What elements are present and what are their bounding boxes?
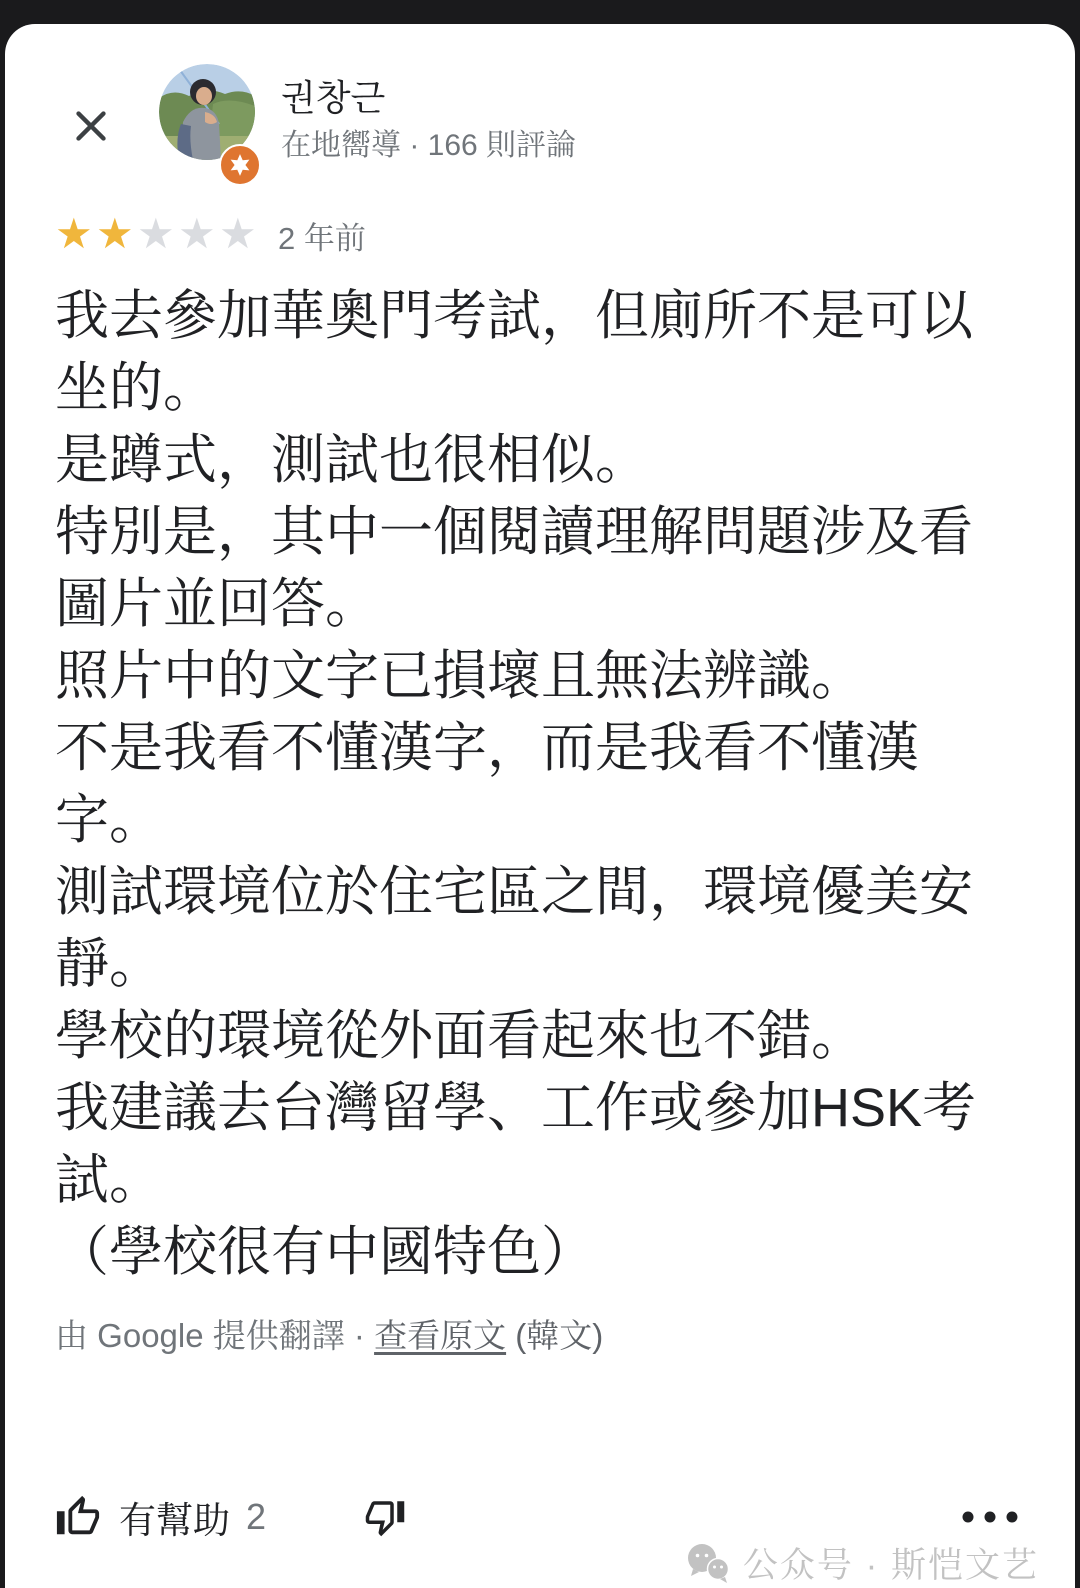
- review-age: 2 年前: [278, 213, 366, 258]
- translation-attribution: 由 Google 提供翻譯 · 查看原文 (韓文): [55, 1314, 1025, 1358]
- star-icon-empty: ★: [219, 212, 260, 256]
- close-button[interactable]: [67, 102, 115, 150]
- review-sentence: 是蹲式，測試也很相似。: [55, 424, 1007, 496]
- helpful-label: 有幫助: [119, 1490, 230, 1544]
- translation-prefix: 由 Google 提供翻譯 ·: [55, 1317, 374, 1354]
- original-language-note: (韓文): [506, 1317, 603, 1354]
- star-icon-empty: ★: [178, 212, 219, 256]
- review-sentence: 測試環境位於住宅區之間，環境優美安靜。: [55, 856, 1007, 1000]
- user-profile[interactable]: [159, 64, 255, 160]
- six-point-star-icon: [227, 152, 253, 178]
- review-header: 권창근 在地嚮導 · 166 則評論: [55, 64, 1025, 166]
- overflow-menu-button[interactable]: [957, 1506, 1023, 1528]
- wechat-icon: [685, 1542, 731, 1584]
- star-icon-filled: ★: [96, 212, 137, 256]
- user-meta: 在地嚮導 · 166 則評論: [281, 126, 576, 166]
- helpful-button[interactable]: 有幫助 2: [55, 1490, 266, 1544]
- review-text: 我去參加華奧門考試，但廁所不是可以坐的。是蹲式，測試也很相似。特別是，其中一個閱…: [55, 280, 1007, 1288]
- user-name: 권창근: [281, 74, 576, 122]
- star-rating: ★★★★★: [55, 212, 260, 256]
- review-sentence: 特別是，其中一個閱讀理解問題涉及看圖片並回答。: [55, 496, 1007, 640]
- review-card: 권창근 在地嚮導 · 166 則評論 ★★★★★ 2 年前 我去參加華奧門考試，…: [5, 24, 1075, 1588]
- thumbs-up-icon: [55, 1494, 101, 1540]
- user-info: 권창근 在地嚮導 · 166 則評論: [281, 74, 576, 166]
- review-sentence: 不是我看不懂漢字，而是我看不懂漢字。: [55, 712, 1007, 856]
- star-icon-empty: ★: [137, 212, 178, 256]
- see-original-link[interactable]: 查看原文: [374, 1317, 506, 1354]
- review-sentence: （學校很有中國特色）: [55, 1216, 1007, 1288]
- three-dots-icon: [957, 1506, 1023, 1528]
- close-icon: [69, 104, 113, 148]
- action-bar: 有幫助 2: [55, 1490, 1025, 1544]
- rating-row: ★★★★★ 2 年前: [55, 210, 1025, 258]
- star-icon-filled: ★: [55, 212, 96, 256]
- watermark: 公众号 · 斯恺文艺: [685, 1538, 1039, 1588]
- local-guide-badge: [219, 144, 261, 186]
- not-helpful-button[interactable]: [364, 1496, 406, 1538]
- thumbs-down-icon: [364, 1496, 406, 1538]
- watermark-text: 公众号 · 斯恺文艺: [743, 1538, 1039, 1588]
- review-sentence: 學校的環境從外面看起來也不錯。: [55, 1000, 1007, 1072]
- review-sentence: 我去參加華奧門考試，但廁所不是可以坐的。: [55, 280, 1007, 424]
- review-sentence: 我建議去台灣留學、工作或參加HSK考試。: [55, 1072, 1007, 1216]
- helpful-count: 2: [246, 1496, 266, 1538]
- review-sentence: 照片中的文字已損壞且無法辨識。: [55, 640, 1007, 712]
